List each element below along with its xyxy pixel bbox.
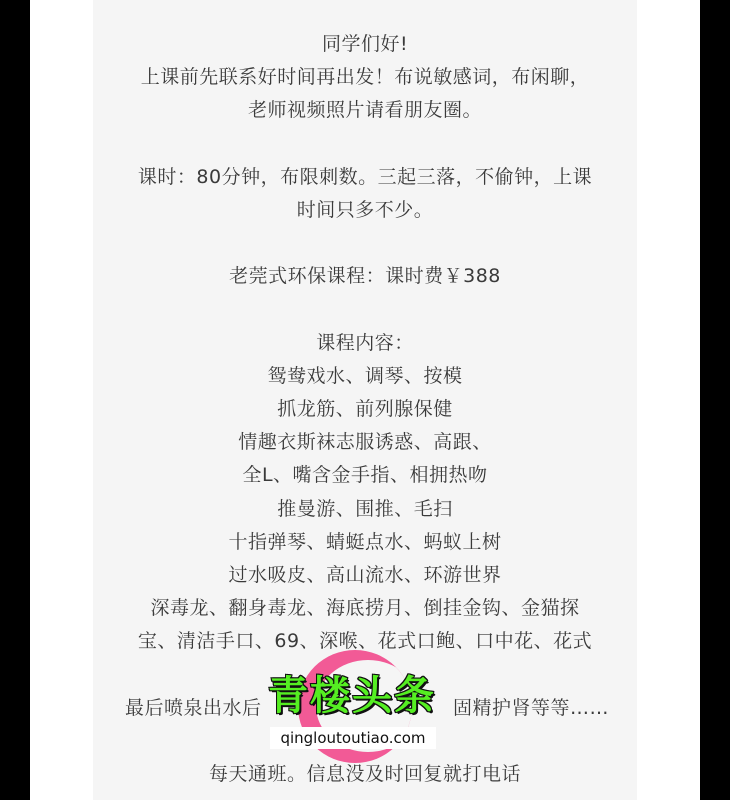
screen-frame: 同学们好! 上课前先联系好时间再出发！布说敏感词，布闲聊， 老师视频照片请看朋友… [0,0,730,800]
content-item: 鸳鸯戏水、调琴、按模 [93,360,637,393]
content-item: 抓龙筋、前列腺保健 [93,393,637,426]
intro-line: 上课前先联系好时间再出发！布说敏感词，布闲聊， [93,61,637,94]
content-item: 情趣衣斯袜志服诱惑、高跟、 [93,426,637,459]
final-line-left: 最后喷泉出水后 [125,692,262,725]
content-item: 推曼游、围推、毛扫 [93,493,637,526]
content-heading: 课程内容： [93,327,637,360]
final-line-right: 固精护肾等等…… [453,692,609,725]
content-item: 深毒龙、翻身毒龙、海底捞月、倒挂金钩、金猫探 [93,592,637,625]
closing-line: 每天通班。信息没及时回复就打电话 [93,758,637,791]
final-line: 最后喷泉出水后 固精护肾等等…… [93,692,637,725]
course-price: 老莞式环保课程：课时费￥388 [93,260,637,293]
message-card: 同学们好! 上课前先联系好时间再出发！布说敏感词，布闲聊， 老师视频照片请看朋友… [93,0,637,800]
content-item: 全L、嘴含金手指、相拥热吻 [93,459,637,492]
duration-line: 课时：80分钟，布限刺数。三起三落，不偷钟，上课 [93,161,637,194]
spacer [93,128,637,161]
content-item: 十指弹琴、蜻蜓点水、蚂蚁上树 [93,526,637,559]
spacer [93,227,637,260]
page-background: 同学们好! 上课前先联系好时间再出发！布说敏感词，布闲聊， 老师视频照片请看朋友… [30,0,700,800]
duration-line: 时间只多不少。 [93,194,637,227]
greeting: 同学们好! [93,28,637,61]
spacer [93,725,637,758]
message-body: 同学们好! 上课前先联系好时间再出发！布说敏感词，布闲聊， 老师视频照片请看朋友… [93,28,637,791]
content-item: 过水吸皮、高山流水、环游世界 [93,559,637,592]
content-item: 宝、清洁手口、69、深喉、花式口鲍、口中花、花式 [93,625,637,658]
content-item: 磨棒 [93,659,637,692]
intro-line: 老师视频照片请看朋友圈。 [93,94,637,127]
spacer [93,294,637,327]
